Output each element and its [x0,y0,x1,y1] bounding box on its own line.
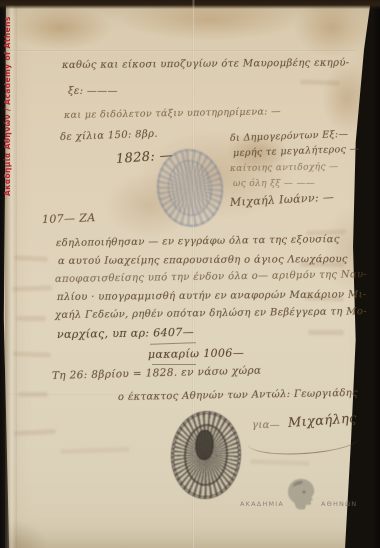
handwriting-line: ως όλη ξξ — —— [233,179,315,189]
handwriting-line: ξε: ——— [68,86,118,97]
body-text-line: ναρχίας, υπ αρ: 6407— [57,326,194,341]
underline-stroke [152,364,196,365]
watermark-text-left: ΑΚΑΔΗΜΙΑ [240,500,284,508]
blue-ink-seal-center [165,158,215,219]
athena-head-watermark-icon [283,477,317,517]
bleed-through-mark [308,330,344,335]
signature-initial: για— [252,420,280,431]
reference-number: μακαρίω 1006— [148,346,244,361]
bleed-through-mark [16,316,46,321]
bleed-through-mark [18,392,48,397]
handwriting-line: καίτοιης αντιδοχής — [230,162,339,174]
horizontal-fold-crease [8,50,356,52]
registry-number: 107— ΖΑ [42,211,96,226]
bleed-through-mark [300,262,344,267]
manuscript-scan: Ακαδημία Αθηνών / Academy of Athens καθώ… [0,0,380,548]
watermark-text-right: ΑΘΗΝΩΝ [321,500,357,508]
archive-label-vertical: Ακαδημία Αθηνών / Academy of Athens [3,26,17,196]
page-top-stained-edge [0,0,380,9]
